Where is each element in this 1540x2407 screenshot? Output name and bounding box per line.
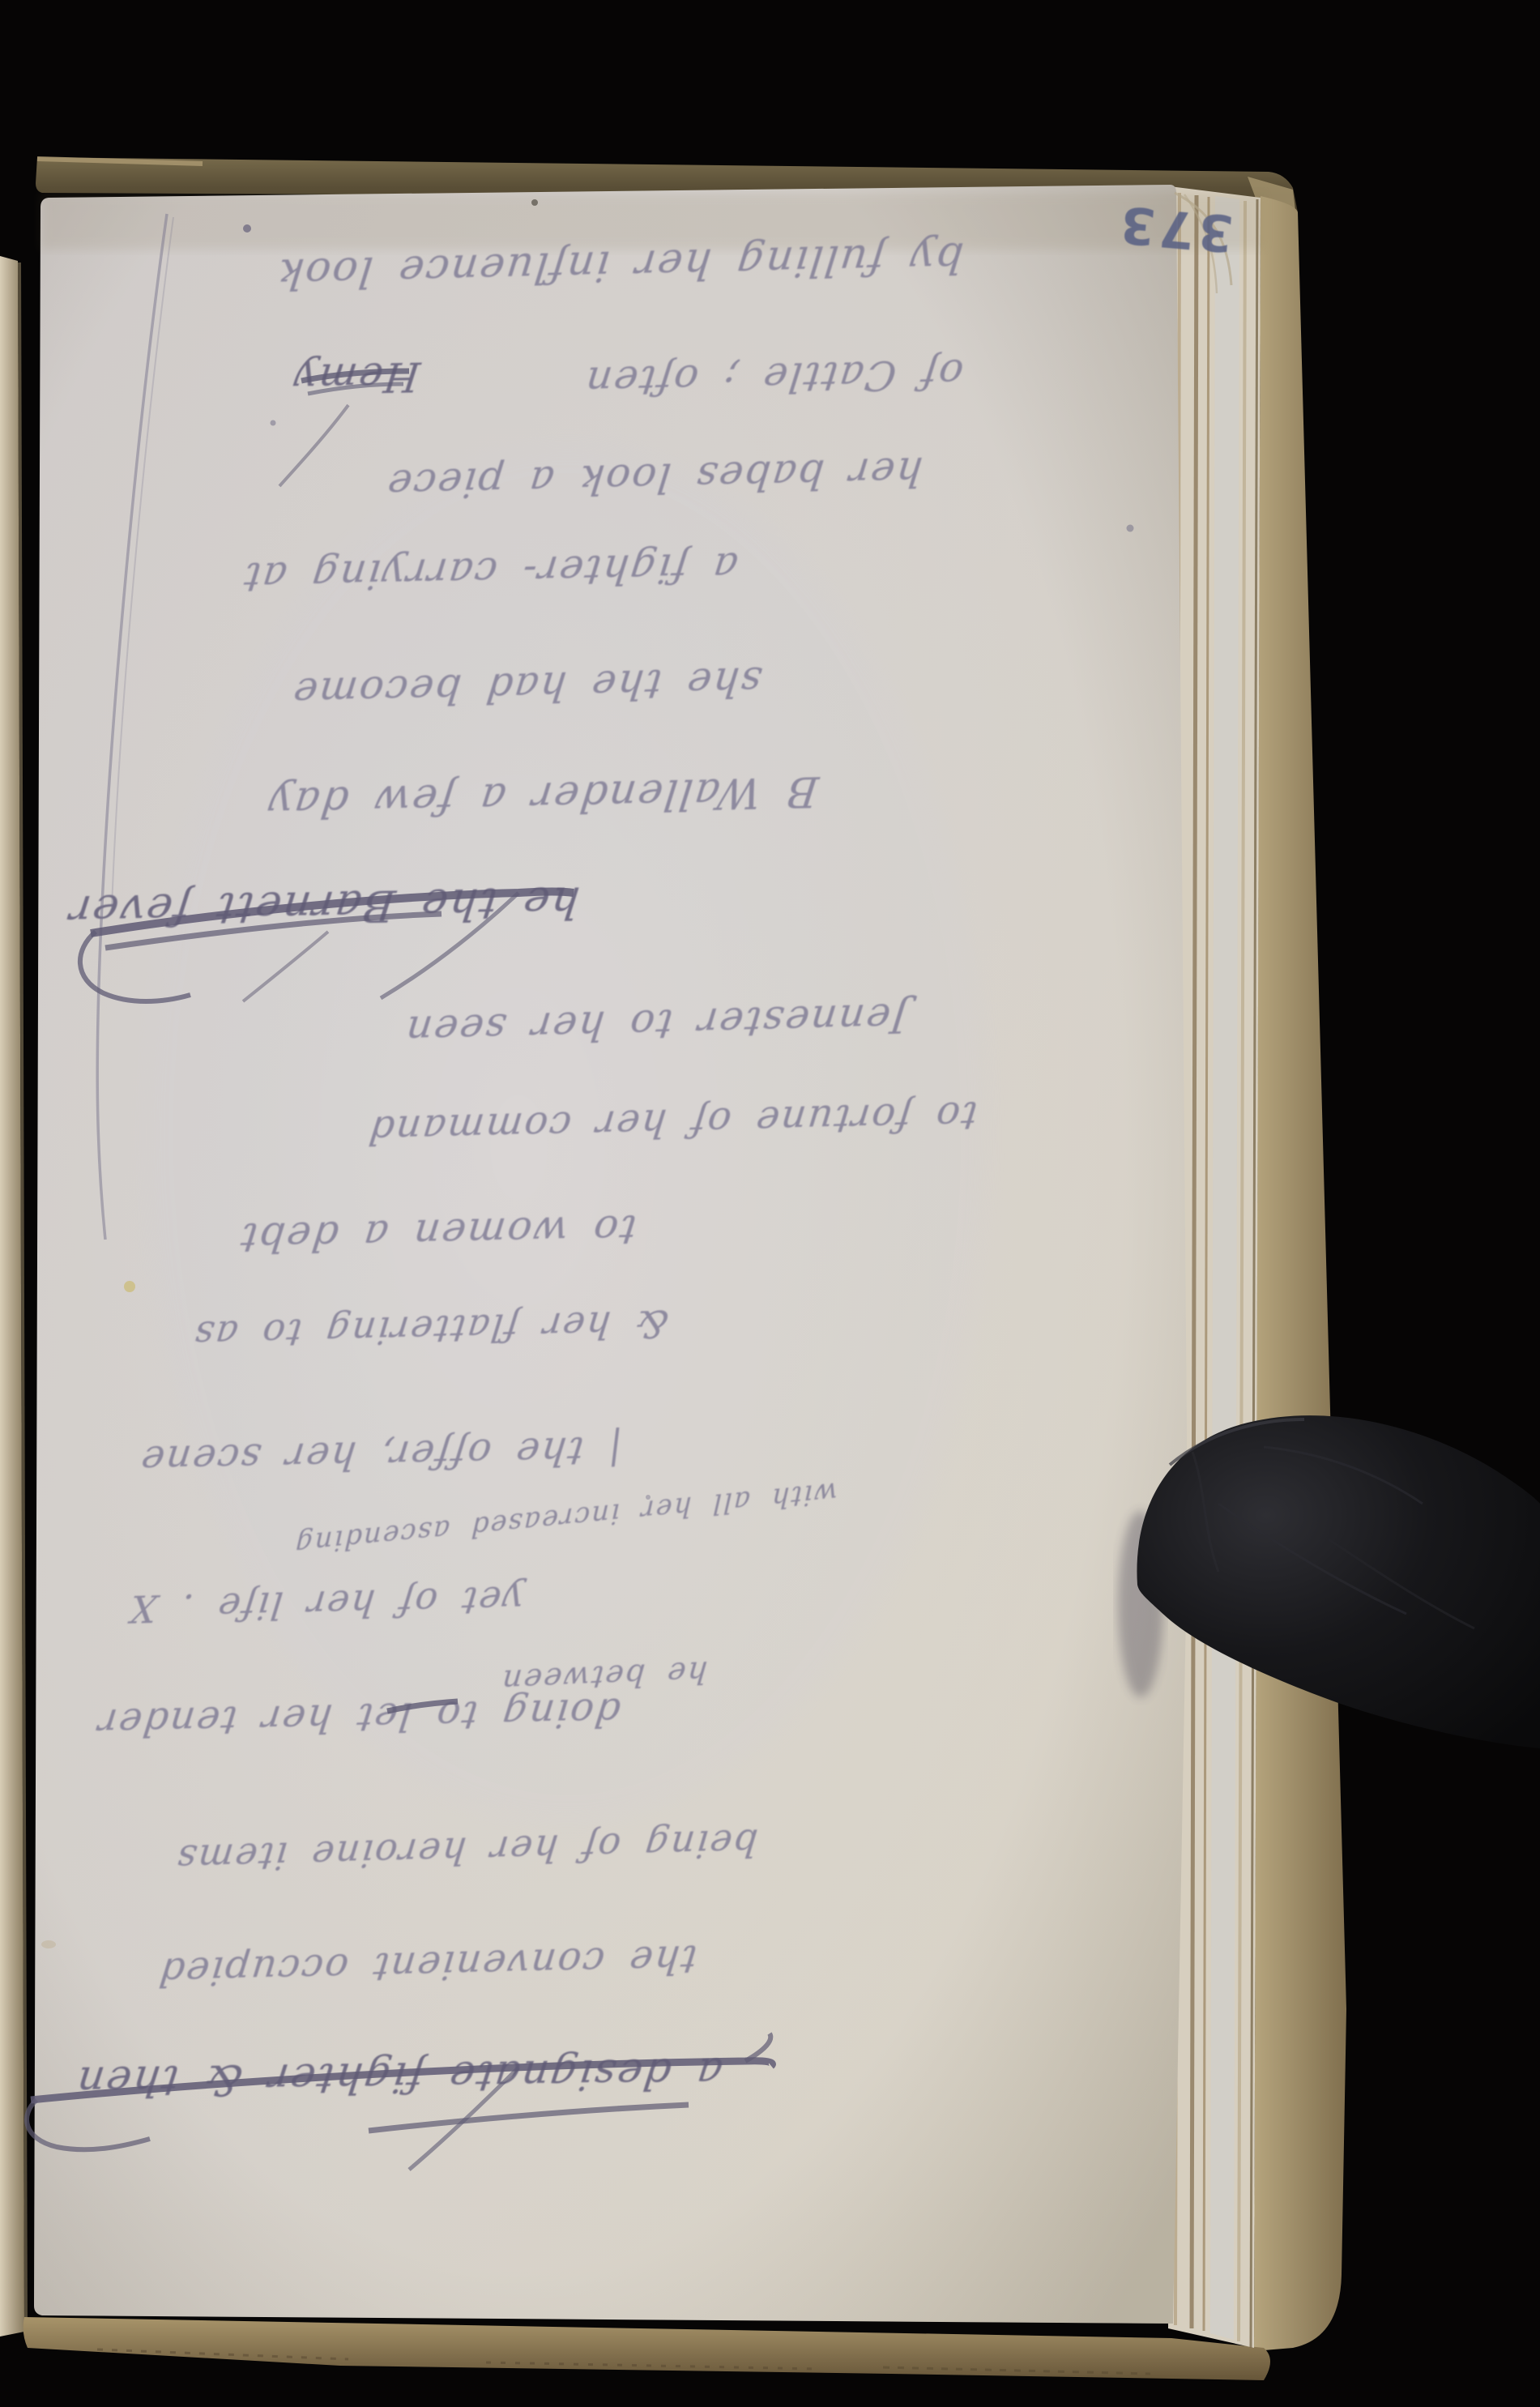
handwritten-line-03-struck: Hemy — [295, 352, 422, 403]
handwritten-line-19: the convenient occupied — [172, 1935, 699, 1995]
handwriting-layer: 373 by fulling her influence look of Cat… — [0, 0, 1540, 2407]
handwritten-line-04: her babes look a piece — [322, 446, 988, 510]
handwritten-line-12: & her flattering to as — [228, 1300, 671, 1356]
notebook-photograph: 373 by fulling her influence look of Cat… — [0, 0, 1540, 2407]
handwritten-line-09: Jennester to her seen — [281, 990, 1032, 1058]
handwritten-line-11: to women a debt — [280, 1205, 638, 1261]
handwritten-line-13: | the offer, her scene — [111, 1425, 651, 1483]
handwritten-line-06: she the had become — [281, 657, 773, 718]
handwritten-line-05: a fighter- carrying at — [236, 542, 744, 601]
handwritten-line-14: with all her increased ascending — [413, 1475, 838, 1549]
handwritten-line-07: B Wallender a few day — [159, 763, 926, 830]
page-number: 373 — [1114, 194, 1235, 263]
handwritten-line-01: by fulling her influence look — [143, 228, 1097, 302]
handwritten-line-18: being of her heroine items — [184, 1820, 760, 1880]
handwritten-line-17: doing to let her tender — [58, 1687, 659, 1746]
handwritten-line-02: of Cattle ; often — [407, 345, 1141, 409]
handwritten-line-20-struck: a designate fighter & then — [21, 2046, 777, 2106]
handwritten-line-10: to fortune of her command — [281, 1089, 1064, 1154]
handwritten-line-08-struck: he the Barnett fever — [82, 876, 582, 937]
handwritten-line-15: yet of her life . X — [111, 1577, 541, 1632]
